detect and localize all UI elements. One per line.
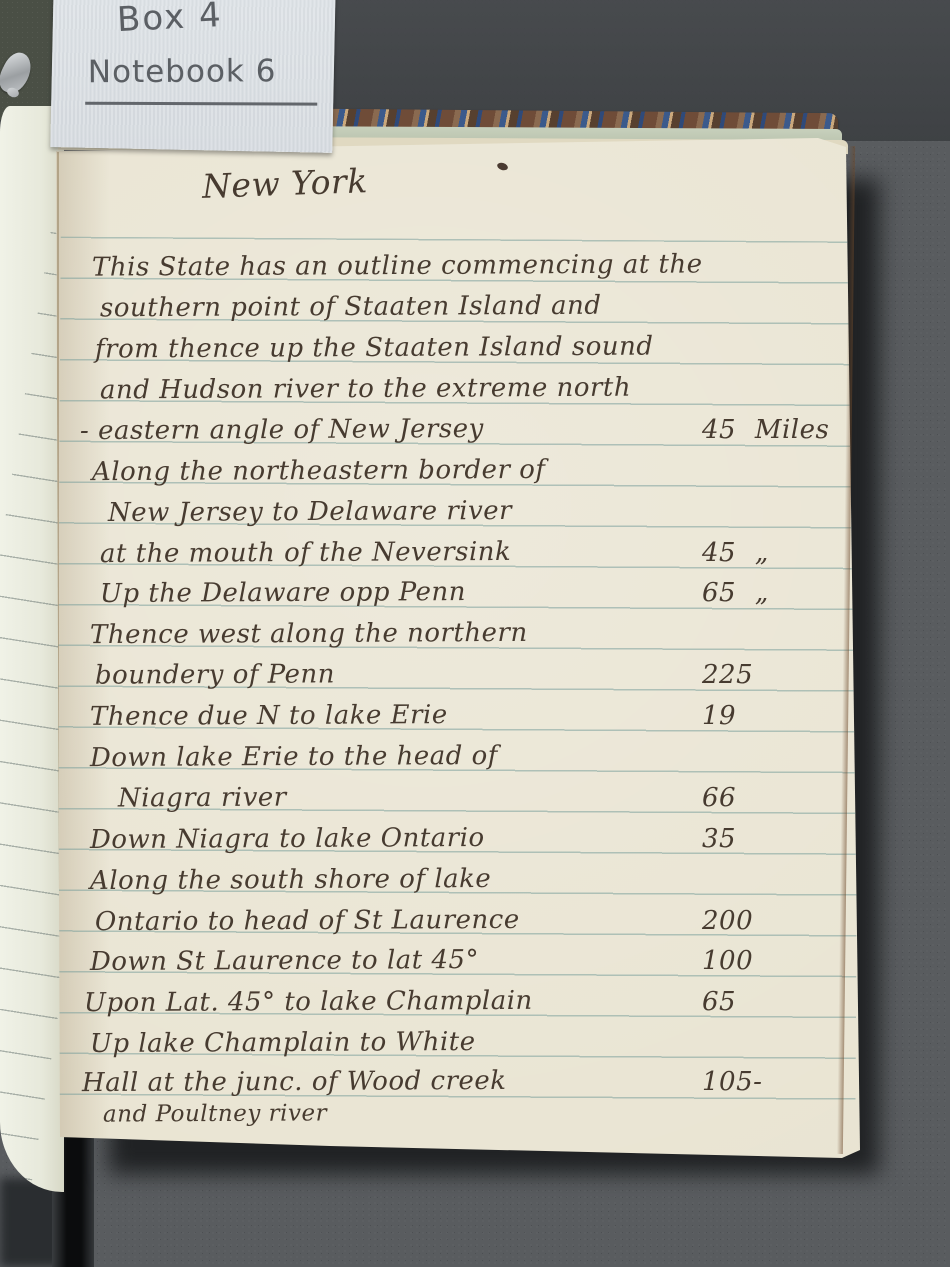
line-miles: 65 „: [702, 571, 769, 615]
manuscript-line: Ontario to head of St Laurence 200: [0, 899, 950, 943]
manuscript-line: Along the south shore of lake: [0, 858, 950, 902]
page-title: New York: [201, 161, 368, 206]
manuscript-line: Up the Delaware opp Penn 65 „: [0, 571, 950, 615]
manuscript-line: Niagra river 66: [0, 776, 950, 820]
line-text: Down St Laurence to lat 45°: [90, 938, 479, 984]
line-text: New Jersey to Delaware river: [108, 489, 512, 535]
line-text: Along the northeastern border of: [92, 448, 546, 494]
line-miles: 19: [702, 694, 736, 738]
manuscript-line: Thence west along the northern: [0, 612, 950, 656]
manuscript-line: Down lake Erie to the head of: [0, 735, 950, 779]
line-text: southern point of Staaten Island and: [100, 284, 602, 331]
tag-notebook-label: Notebook 6: [88, 53, 277, 90]
tag-box-label: Box 4: [116, 0, 223, 40]
manuscript-line: Upon Lat. 45° to lake Champlain 65: [0, 980, 950, 1024]
manuscript-line: and Hudson river to the extreme north: [0, 367, 950, 411]
manuscript-line: Down St Laurence to lat 45° 100: [0, 939, 950, 983]
tag-underline: [85, 102, 317, 106]
line-miles: 66: [702, 776, 736, 820]
line-miles: 65: [702, 980, 736, 1024]
line-text: from thence up the Staaten Island sound: [95, 325, 654, 372]
line-text: boundery of Penn: [95, 652, 335, 697]
line-text: and Hudson river to the extreme north: [100, 366, 631, 413]
manuscript-line: boundery of Penn 225: [0, 653, 950, 697]
manuscript-line: Down Niagra to lake Ontario 35: [0, 817, 950, 861]
manuscript-line: This State has an outline commencing at …: [0, 244, 950, 288]
line-miles: 35: [702, 817, 736, 861]
ink-blot: [496, 161, 509, 171]
notebook-photo: New York This State has an outline comme…: [0, 0, 950, 1267]
facing-page-edge: [0, 106, 64, 1192]
line-miles: 100: [702, 939, 753, 983]
line-miles: 225: [702, 653, 753, 697]
archive-tag: Box 4 Notebook 6: [50, 0, 335, 153]
manuscript-line: and Poultney river: [0, 1092, 950, 1136]
line-miles: 45 Miles: [702, 408, 829, 452]
line-text: - eastern angle of New Jersey: [80, 407, 484, 453]
line-miles: 45 „: [702, 531, 769, 575]
line-text: and Poultney river: [103, 1091, 327, 1136]
line-text: Down lake Erie to the head of: [90, 734, 498, 780]
manuscript-line: from thence up the Staaten Island sound: [0, 326, 950, 370]
facing-page-rules: [0, 232, 64, 1192]
manuscript-line: - eastern angle of New Jersey 45 Miles: [0, 408, 950, 452]
line-text: Down Niagra to lake Ontario: [90, 816, 485, 862]
line-text: Up the Delaware opp Penn: [100, 570, 466, 616]
manuscript-line: Along the northeastern border of: [0, 449, 950, 493]
line-text: Thence west along the northern: [90, 611, 528, 657]
line-text: Thence due N to lake Erie: [90, 693, 448, 739]
manuscript-line: at the mouth of the Neversink 45 „: [0, 531, 950, 575]
manuscript-line: New Jersey to Delaware river: [0, 490, 950, 534]
line-text: Upon Lat. 45° to lake Champlain: [84, 979, 533, 1025]
line-text: Along the south shore of lake: [90, 857, 491, 903]
manuscript-line: Thence due N to lake Erie 19: [0, 694, 950, 738]
line-text: Niagra river: [118, 776, 287, 821]
line-miles: 200: [702, 899, 753, 943]
manuscript-line: southern point of Staaten Island and: [0, 285, 950, 329]
notebook-page: New York This State has an outline comme…: [0, 0, 950, 1267]
line-text: This State has an outline commencing at …: [92, 242, 703, 289]
